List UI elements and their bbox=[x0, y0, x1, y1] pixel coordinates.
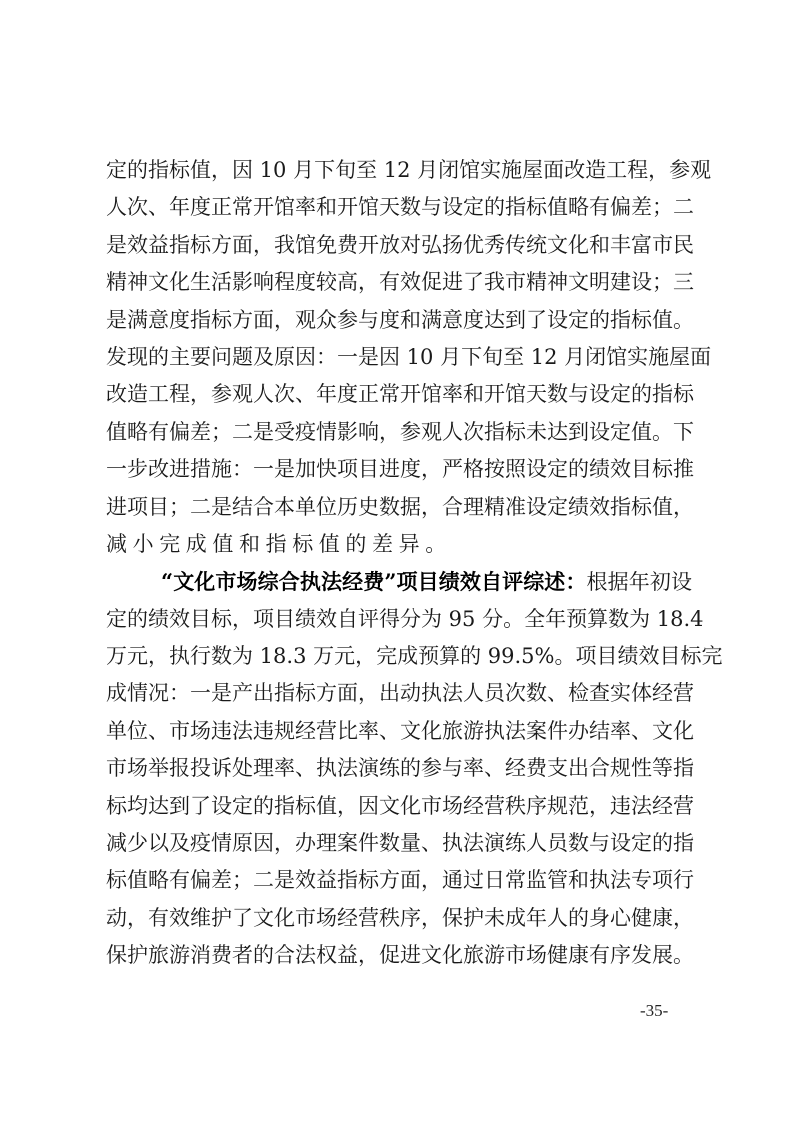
text-line: 成情况：一是产出指标方面，出动执法人员次数、检查实体经营 bbox=[106, 675, 692, 712]
text-line: 动，有效维护了文化市场经营秩序，保护未成年人的身心健康， bbox=[106, 900, 692, 937]
text-line: 精神文化生活影响程度较高，有效促进了我市精神文明建设；三 bbox=[106, 264, 692, 301]
document-body: 定的指标值，因 10 月下旬至 12 月闭馆实施屋面改造工程，参观 人次、年度正… bbox=[106, 152, 692, 975]
section-heading-tail: 根据年初设 bbox=[587, 570, 692, 594]
text-line: 标值略有偏差；二是效益指标方面，通过日常监管和执法专项行 bbox=[106, 862, 692, 899]
section-heading-line: “文化市场综合执法经费”项目绩效自评综述：根据年初设 bbox=[106, 563, 692, 600]
text-line: 一步改进措施：一是加快项目进度，严格按照设定的绩效目标推 bbox=[106, 451, 692, 488]
text-line: 值略有偏差；二是受疫情影响，参观人次指标未达到设定值。下 bbox=[106, 414, 692, 451]
text-line: 是满意度指标方面，观众参与度和满意度达到了设定的指标值。 bbox=[106, 302, 692, 339]
text-line: 改造工程，参观人次、年度正常开馆率和开馆天数与设定的指标 bbox=[106, 376, 692, 413]
text-line: 万元，执行数为 18.3 万元，完成预算的 99.5%。项目绩效目标完 bbox=[106, 638, 692, 675]
text-line: 定的指标值，因 10 月下旬至 12 月闭馆实施屋面改造工程，参观 bbox=[106, 152, 692, 189]
text-line: 标均达到了设定的指标值，因文化市场经营秩序规范，违法经营 bbox=[106, 788, 692, 825]
text-line: 保护旅游消费者的合法权益，促进文化旅游市场健康有序发展。 bbox=[106, 937, 692, 974]
text-line: 是效益指标方面，我馆免费开放对弘扬优秀传统文化和丰富市民 bbox=[106, 227, 692, 264]
text-line: 减小完成值和指标值的差异。 bbox=[106, 526, 692, 563]
text-line: 进项目；二是结合本单位历史数据，合理精准设定绩效指标值， bbox=[106, 489, 692, 526]
text-line: 市场举报投诉处理率、执法演练的参与率、经费支出合规性等指 bbox=[106, 750, 692, 787]
page-number: -35- bbox=[640, 1001, 668, 1021]
text-line: 减少以及疫情原因，办理案件数量、执法演练人员数与设定的指 bbox=[106, 825, 692, 862]
text-line: 发现的主要问题及原因：一是因 10 月下旬至 12 月闭馆实施屋面 bbox=[106, 339, 692, 376]
section-heading: “文化市场综合执法经费”项目绩效自评综述： bbox=[161, 569, 587, 594]
text-line: 定的绩效目标，项目绩效自评得分为 95 分。全年预算数为 18.4 bbox=[106, 601, 692, 638]
text-line: 单位、市场违法违规经营比率、文化旅游执法案件办结率、文化 bbox=[106, 713, 692, 750]
text-line: 人次、年度正常开馆率和开馆天数与设定的指标值略有偏差；二 bbox=[106, 189, 692, 226]
